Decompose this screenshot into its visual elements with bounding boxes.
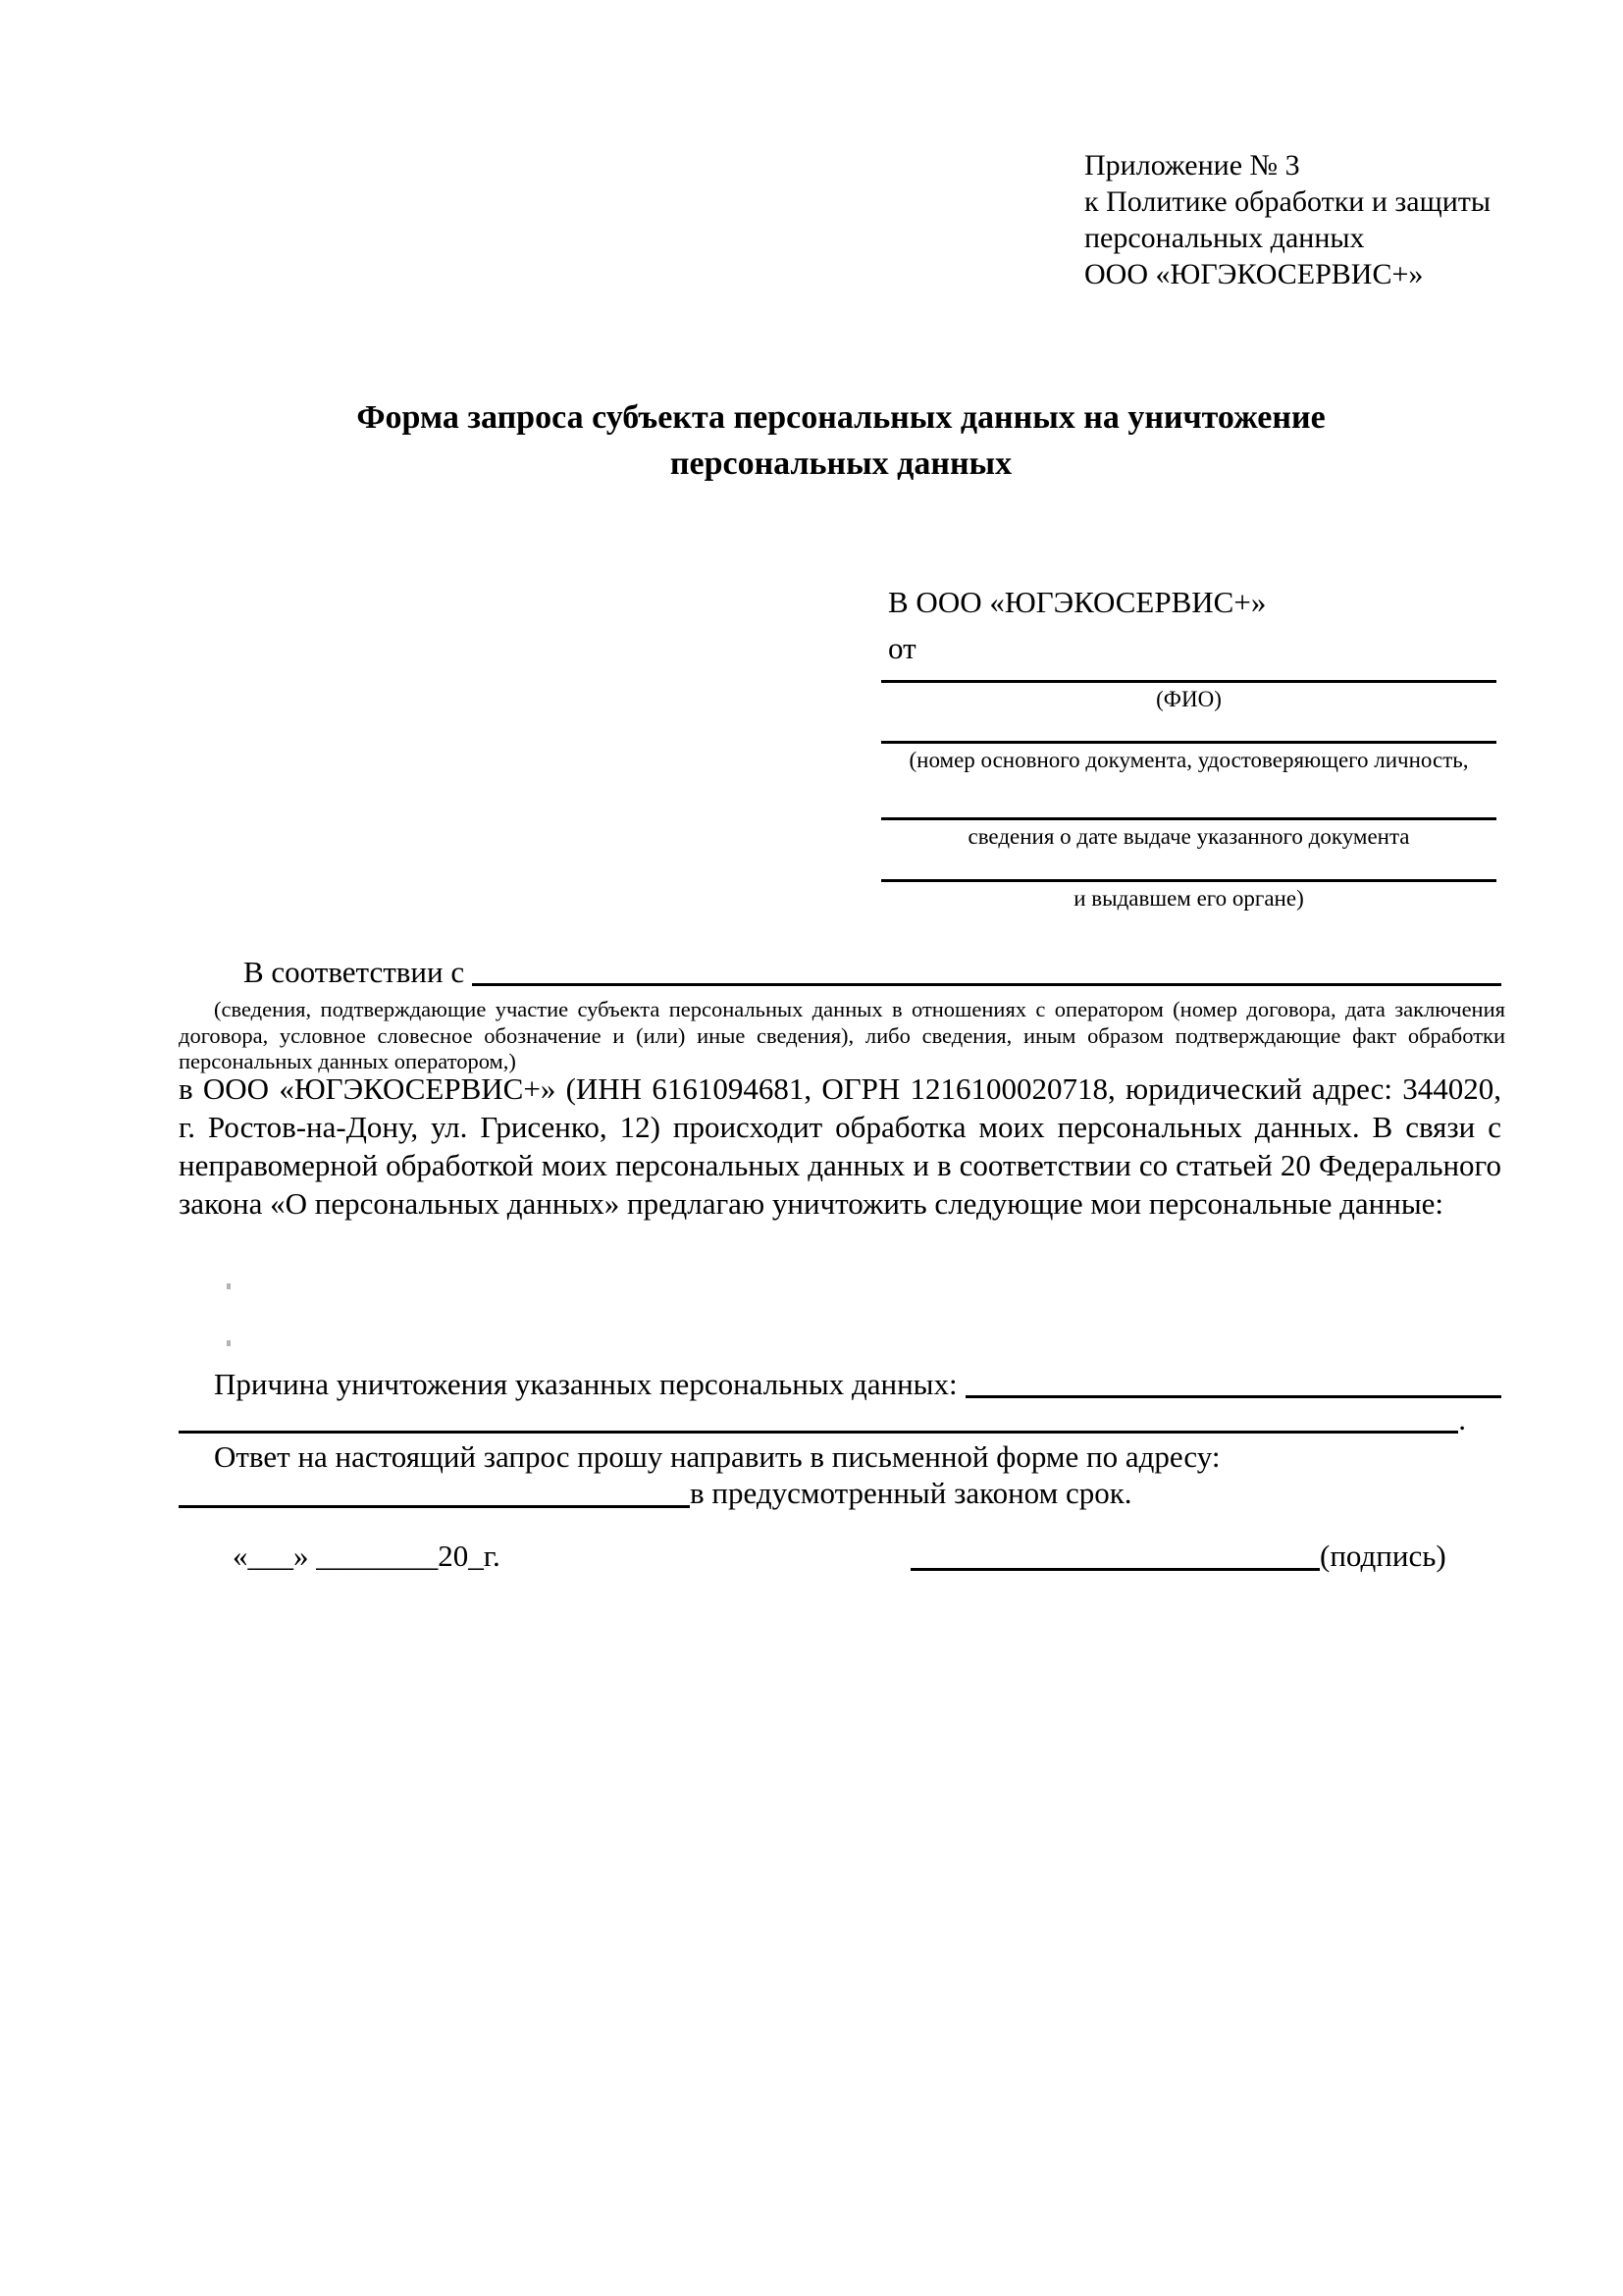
reason-row: Причина уничтожения указанных персональн… xyxy=(179,1366,1501,1403)
page-title: Форма запроса субъекта персональных данн… xyxy=(149,394,1533,487)
appendix-header-line: к Политике обработки и защиты xyxy=(1084,183,1491,220)
accordance-row: В соответствии с xyxy=(179,954,1501,991)
accordance-label: В соответствии с xyxy=(179,954,464,991)
signature-row: (подпись) xyxy=(911,1539,1446,1574)
signature-caption: (подпись) xyxy=(1320,1539,1446,1573)
address-row: в предусмотренный законом срок. xyxy=(179,1475,1501,1512)
list-marker-dot xyxy=(227,1283,231,1289)
addressee-from-label: от xyxy=(888,631,916,666)
response-suffix: в предусмотренный законом срок. xyxy=(690,1476,1132,1510)
document-page: Приложение № 3 к Политике обработки и за… xyxy=(0,0,1623,2296)
document-number-caption: (номер основного документа, удостоверяющ… xyxy=(881,747,1496,774)
page-title-line: Форма запроса субъекта персональных данн… xyxy=(149,394,1533,441)
signature-blank-line xyxy=(911,1568,1320,1571)
date-line: «___» ________20_г. xyxy=(233,1539,500,1574)
list-marker-dot xyxy=(227,1340,231,1346)
fio-caption: (ФИО) xyxy=(881,686,1496,713)
fio-blank-line xyxy=(881,680,1496,683)
line-end-period: . xyxy=(1458,1401,1466,1438)
main-paragraph: в ООО «ЮГЭКОСЕРВИС+» (ИНН 6161094681, ОГ… xyxy=(179,1070,1501,1223)
issuing-authority-caption: и выдавшем его органе) xyxy=(881,885,1496,913)
reason-continuation-blank-line xyxy=(179,1401,1458,1434)
issue-date-caption: сведения о дате выдаче указанного докуме… xyxy=(881,823,1496,851)
reason-continuation-row: . xyxy=(179,1401,1466,1438)
issue-date-blank-line xyxy=(881,817,1496,820)
document-number-blank-line xyxy=(881,741,1496,744)
appendix-header: Приложение № 3 к Политике обработки и за… xyxy=(1084,147,1491,292)
appendix-header-line: персональных данных xyxy=(1084,220,1491,256)
appendix-header-line: ООО «ЮГЭКОСЕРВИС+» xyxy=(1084,256,1491,292)
address-blank-line xyxy=(179,1505,690,1508)
reason-blank-line xyxy=(966,1366,1501,1398)
issuing-authority-blank-line xyxy=(881,879,1496,882)
accordance-blank-line xyxy=(472,954,1501,986)
appendix-header-line: Приложение № 3 xyxy=(1084,147,1491,183)
reason-label: Причина уничтожения указанных персональн… xyxy=(179,1366,958,1403)
addressee-to: В ООО «ЮГЭКОСЕРВИС+» xyxy=(888,585,1266,620)
page-title-line: персональных данных xyxy=(149,441,1533,487)
accordance-note: (сведения, подтверждающие участие субъек… xyxy=(179,997,1505,1075)
response-label: Ответ на настоящий запрос прошу направит… xyxy=(179,1438,1501,1476)
